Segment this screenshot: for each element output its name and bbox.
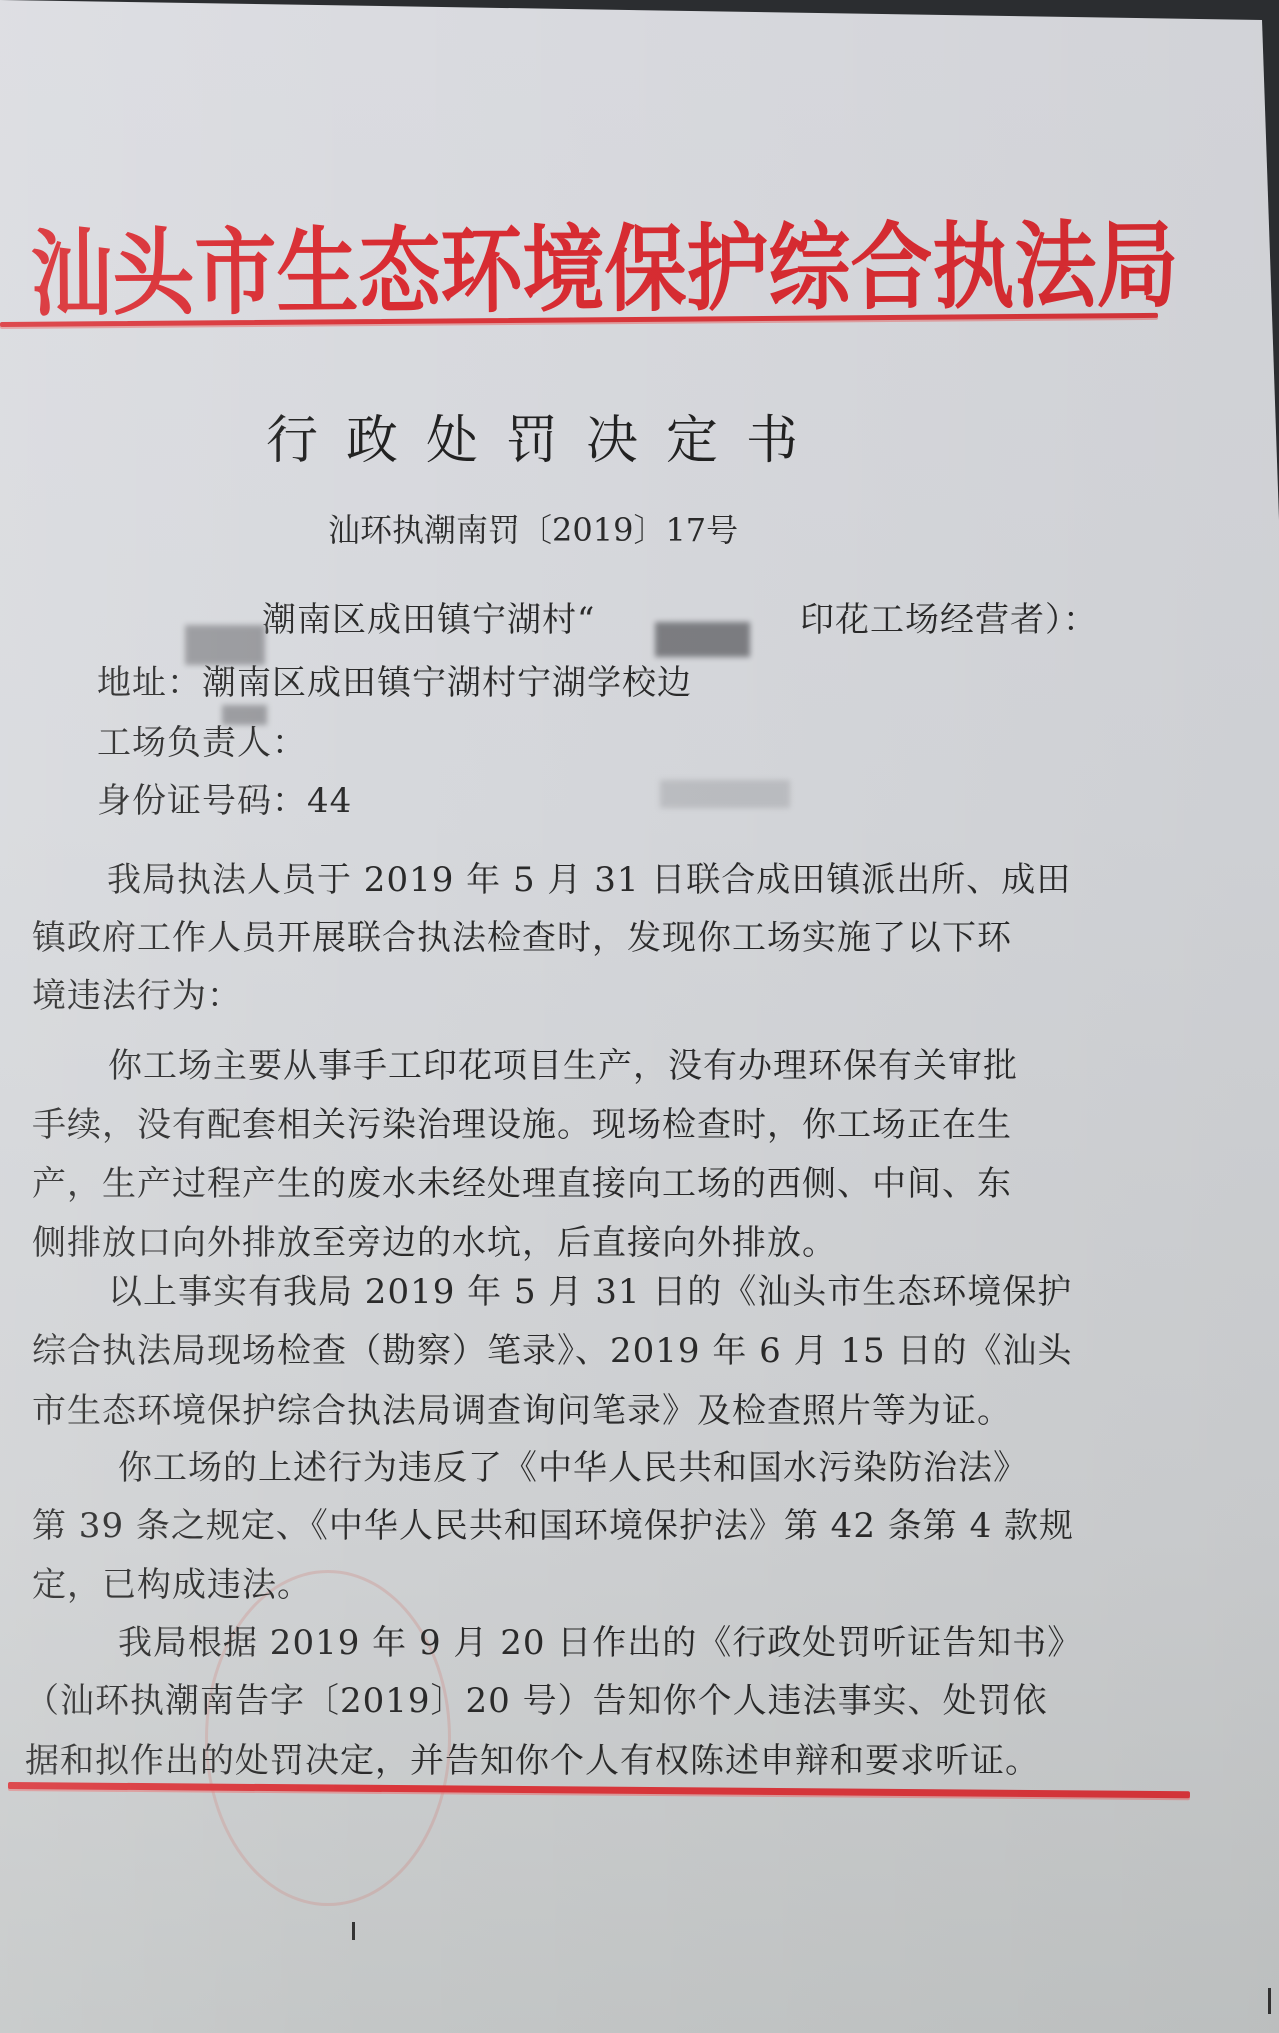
addressee-line: 潮南区成田镇宁湖村“ [262, 592, 595, 641]
footer-red-rule [8, 1782, 1190, 1798]
body-line: 境违法行为： [32, 968, 242, 1017]
body-line: 定，已构成违法。 [32, 1557, 312, 1606]
address-value: 潮南区成田镇宁湖村宁湖学校边 [202, 663, 692, 703]
redaction-block [185, 625, 265, 665]
body-line: 据和拟作出的处罚决定，并告知你个人有权陈述申辩和要求听证。 [25, 1733, 1040, 1782]
body-line: 镇政府工作人员开展联合执法检查时，发现你工场实施了以下环 [32, 910, 1012, 959]
body-line: 手续，没有配套相关污染治理设施。现场检查时，你工场正在生 [32, 1097, 1012, 1146]
redaction-block [660, 780, 790, 808]
body-line: 我局执法人员于 2019 年 5 月 31 日联合成田镇派出所、成田 [107, 852, 1071, 901]
document-page: 汕头市生态环境保护综合执法局 行政处罚决定书 汕环执潮南罚〔2019〕17号 潮… [0, 0, 1279, 2033]
id-value: 44 [307, 781, 352, 821]
id-number-line: 身份证号码：44 [97, 773, 352, 822]
body-line: 产，生产过程产生的废水未经处理直接向工场的西侧、中间、东 [32, 1156, 1012, 1205]
addressee-text: 潮南区成田镇宁湖村“ [262, 600, 595, 640]
body-line: （汕环执潮南告字〔2019〕20 号）告知你个人违法事实、处罚依 [25, 1673, 1048, 1722]
addressee-suffix: 印花工场经营者）： [800, 592, 1098, 641]
body-line: 第 39 条之规定、《中华人民共和国环境保护法》第 42 条第 4 款规 [32, 1498, 1074, 1547]
page-number [352, 1922, 355, 1940]
body-line: 综合执法局现场检查（勘察）笔录》、2019 年 6 月 15 日的《汕头 [32, 1323, 1072, 1372]
edge-mark [1268, 1988, 1271, 2014]
official-seal-stamp [205, 1570, 451, 1906]
agency-letterhead: 汕头市生态环境保护综合执法局 [30, 191, 1179, 335]
body-line: 你工场主要从事手工印花项目生产，没有办理环保有关审批 [108, 1038, 1018, 1087]
document-number: 汕环执潮南罚〔2019〕17号 [328, 505, 738, 551]
id-label: 身份证号码： [97, 781, 307, 821]
body-line: 我局根据 2019 年 9 月 20 日作出的《行政处罚听证告知书》 [118, 1615, 1082, 1664]
body-line: 你工场的上述行为违反了《中华人民共和国水污染防治法》 [118, 1440, 1028, 1489]
address-label: 地址： [97, 663, 202, 703]
redaction-block [655, 622, 750, 657]
body-line: 侧排放口向外排放至旁边的水坑，后直接向外排放。 [32, 1215, 837, 1264]
address-line: 地址：潮南区成田镇宁湖村宁湖学校边 [97, 655, 692, 704]
redaction-block [222, 705, 267, 725]
person-in-charge-line: 工场负责人： [97, 715, 307, 764]
body-line: 以上事实有我局 2019 年 5 月 31 日的《汕头市生态环境保护 [108, 1264, 1072, 1313]
letterhead-red-rule [0, 313, 1158, 327]
body-line: 市生态环境保护综合执法局调查询问笔录》及检查照片等为证。 [32, 1383, 1012, 1432]
document-title: 行政处罚决定书 [266, 398, 826, 473]
